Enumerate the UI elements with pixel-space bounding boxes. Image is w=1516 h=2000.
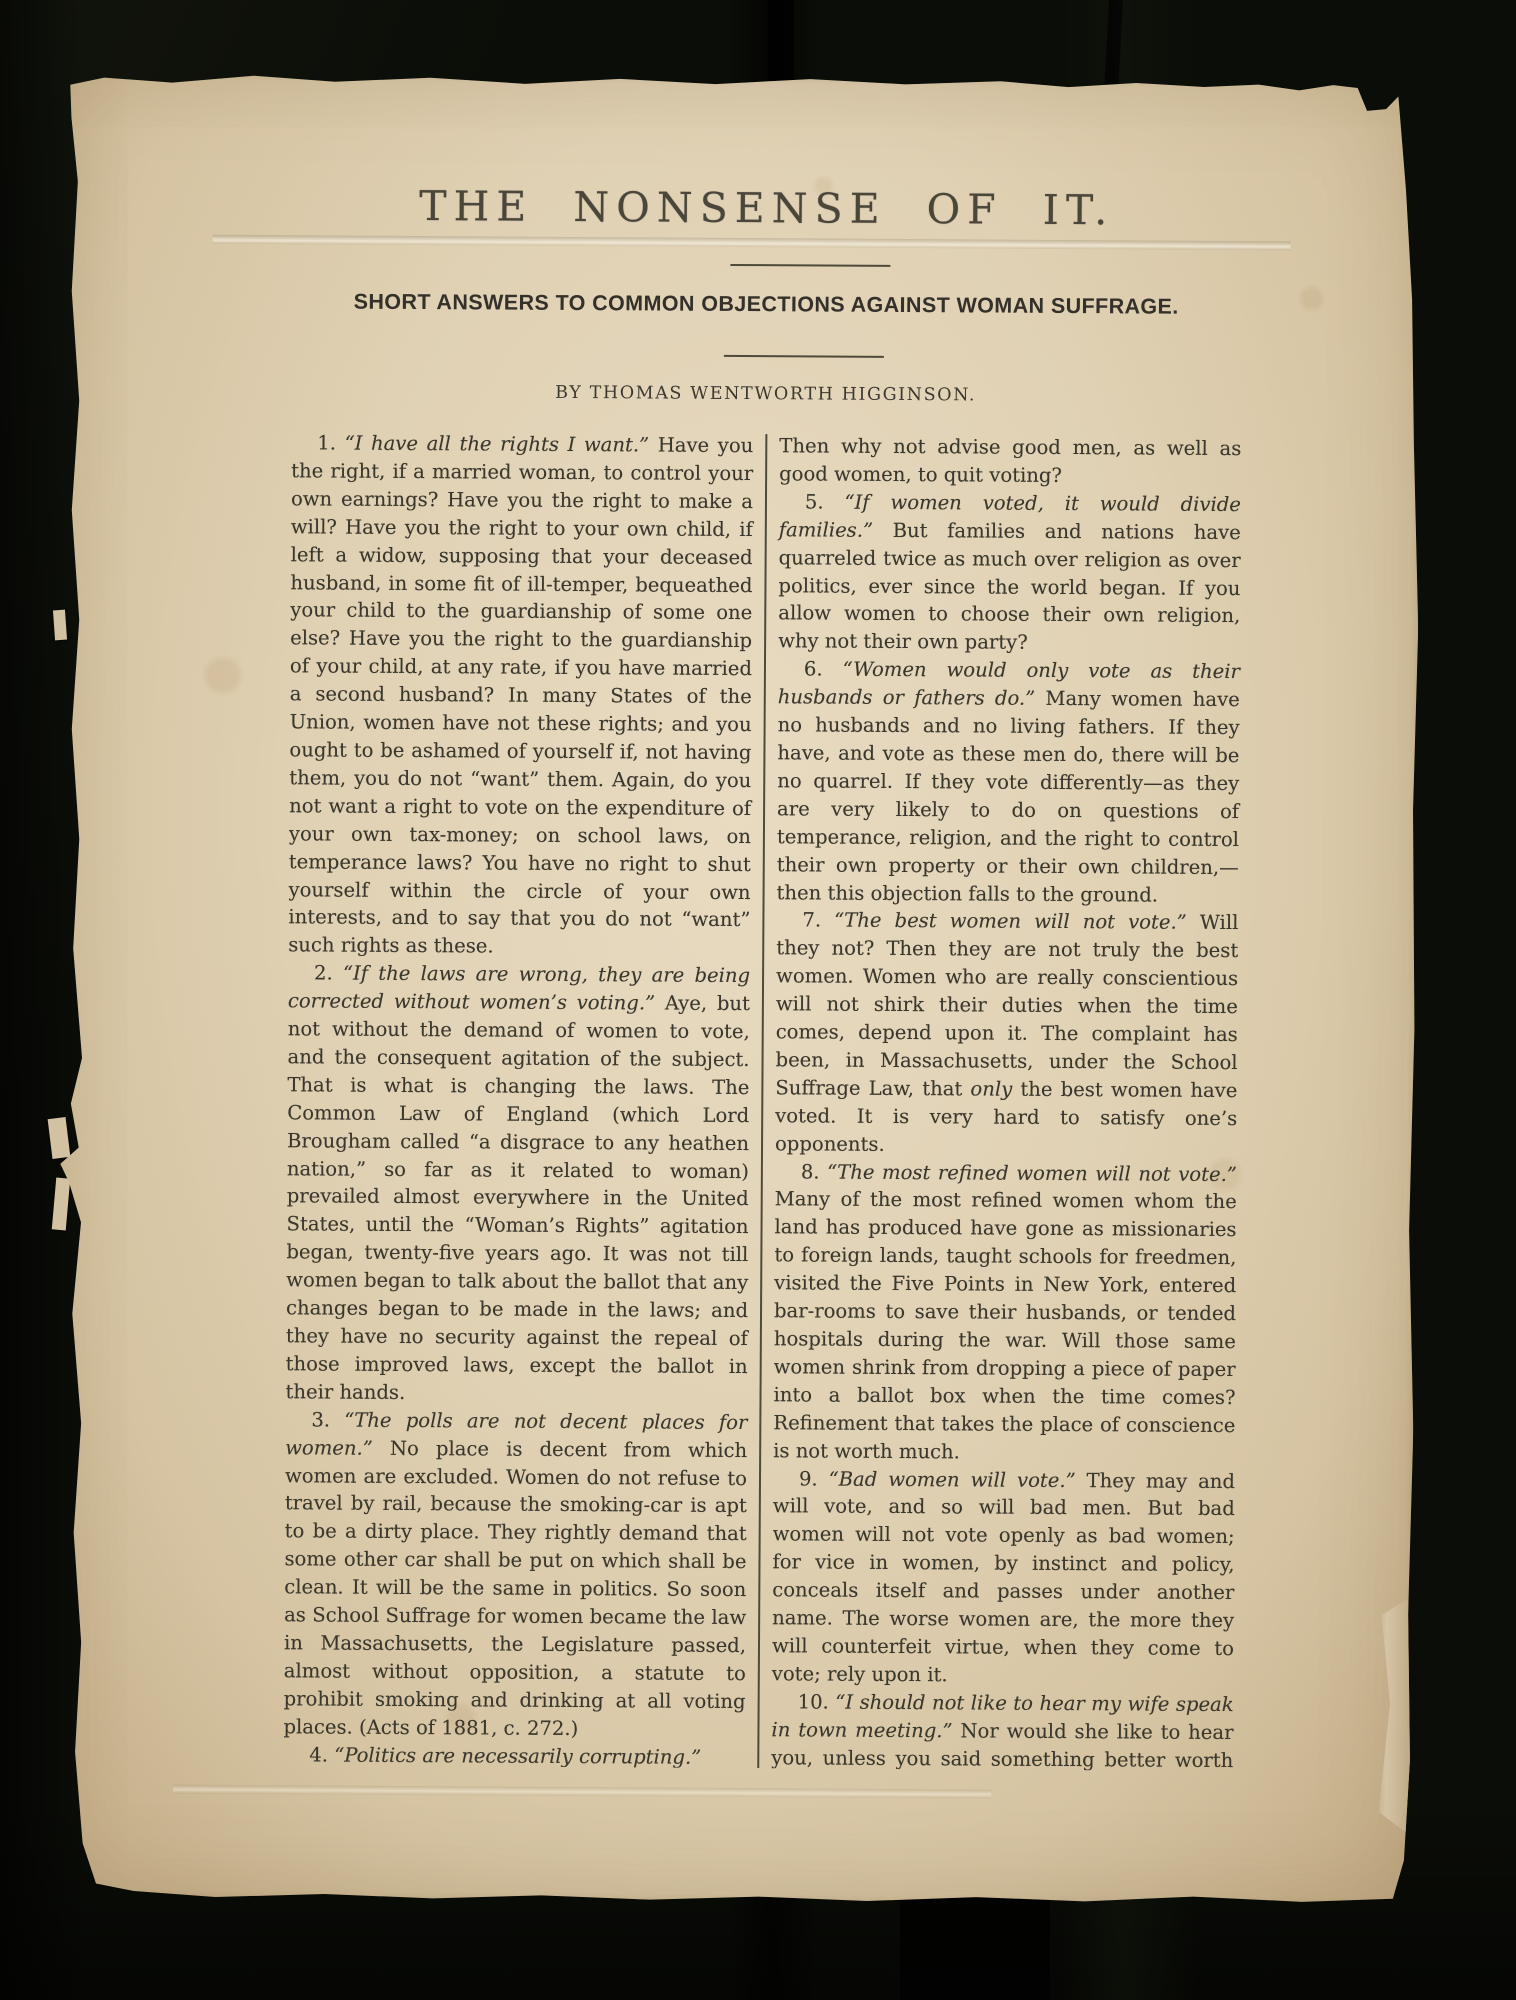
column-divider: [757, 434, 767, 1768]
objection-number: 8.: [801, 1160, 827, 1183]
objection-number: 7.: [802, 909, 834, 932]
right-column: Then why not advise good men, as well as…: [771, 432, 1241, 1771]
objection-number: 1.: [317, 431, 344, 454]
page-title: THE NONSENSE OF IT.: [293, 181, 1241, 235]
objection-number: 10.: [798, 1690, 836, 1713]
objection-text: “Politics are necessarily corrupting.”: [334, 1743, 701, 1768]
torn-paper-tab: [53, 610, 67, 641]
page-subtitle: SHORT ANSWERS TO COMMON OBJECTIONS AGAIN…: [262, 289, 1270, 320]
objection-text: “The most refined women will not vote.”: [827, 1160, 1237, 1186]
paper-crease: [173, 1785, 991, 1799]
paragraph: 7. “The best women will not vote.” Will …: [775, 907, 1239, 1161]
objection-text: “The best women will not vote.”: [834, 909, 1200, 934]
objection-text: “I have all the rights I want.”: [345, 432, 658, 457]
objection-number: 5.: [805, 490, 845, 513]
paragraph: Then why not advise good men, as well as…: [779, 432, 1241, 491]
paragraph: 5. “If women voted, it would divide fami…: [778, 488, 1241, 658]
background-seam: [900, 1895, 1050, 2000]
objection-text: “The polls are not decent places for wom…: [285, 1408, 747, 1459]
paragraph: 1. “I have all the rights I want.” Have …: [288, 429, 753, 962]
background-seam: [768, 0, 794, 86]
objection-number: 6.: [804, 658, 843, 681]
paragraph: 10. “I should not like to hear my wife s…: [771, 1688, 1234, 1771]
objection-text: “If women voted, it would divide familie…: [779, 490, 1241, 541]
objection-text: “If the laws are wrong, they are being c…: [288, 962, 750, 1015]
objection-number: 9.: [799, 1467, 829, 1490]
objection-number: 2.: [314, 962, 343, 985]
objection-number: 4.: [309, 1743, 334, 1766]
objection-text: “I should not like to hear my wife speak…: [771, 1690, 1233, 1742]
objection-text: “Women would only vote as their husbands…: [778, 658, 1240, 710]
separator-rule: [730, 264, 890, 267]
paragraph: 6. “Women would only vote as their husba…: [777, 655, 1241, 909]
objection-text: “Bad women will vote.”: [829, 1467, 1087, 1492]
document-page: THE NONSENSE OF IT. SHORT ANSWERS TO COM…: [52, 72, 1421, 1906]
separator-rule: [724, 355, 884, 358]
paragraph: 9. “Bad women will vote.” They may and w…: [772, 1465, 1235, 1691]
folded-corner: [1375, 1596, 1412, 1836]
paragraph: 4. “Politics are necessarily corrupting.…: [283, 1741, 745, 1771]
paragraph: 8. “The most refined women will not vote…: [773, 1158, 1237, 1468]
emphasized-word: only: [970, 1077, 1012, 1100]
objection-number: 3.: [311, 1408, 344, 1431]
embossed-rule: [213, 235, 1291, 251]
byline: BY THOMAS WENTWORTH HIGGINSON.: [292, 381, 1240, 407]
paragraph: 2. “If the laws are wrong, they are bein…: [285, 959, 750, 1408]
text-columns: 1. “I have all the rights I want.” Have …: [283, 429, 1243, 1771]
left-column: 1. “I have all the rights I want.” Have …: [283, 429, 753, 1768]
paragraph: 3. “The polls are not decent places for …: [283, 1406, 747, 1744]
